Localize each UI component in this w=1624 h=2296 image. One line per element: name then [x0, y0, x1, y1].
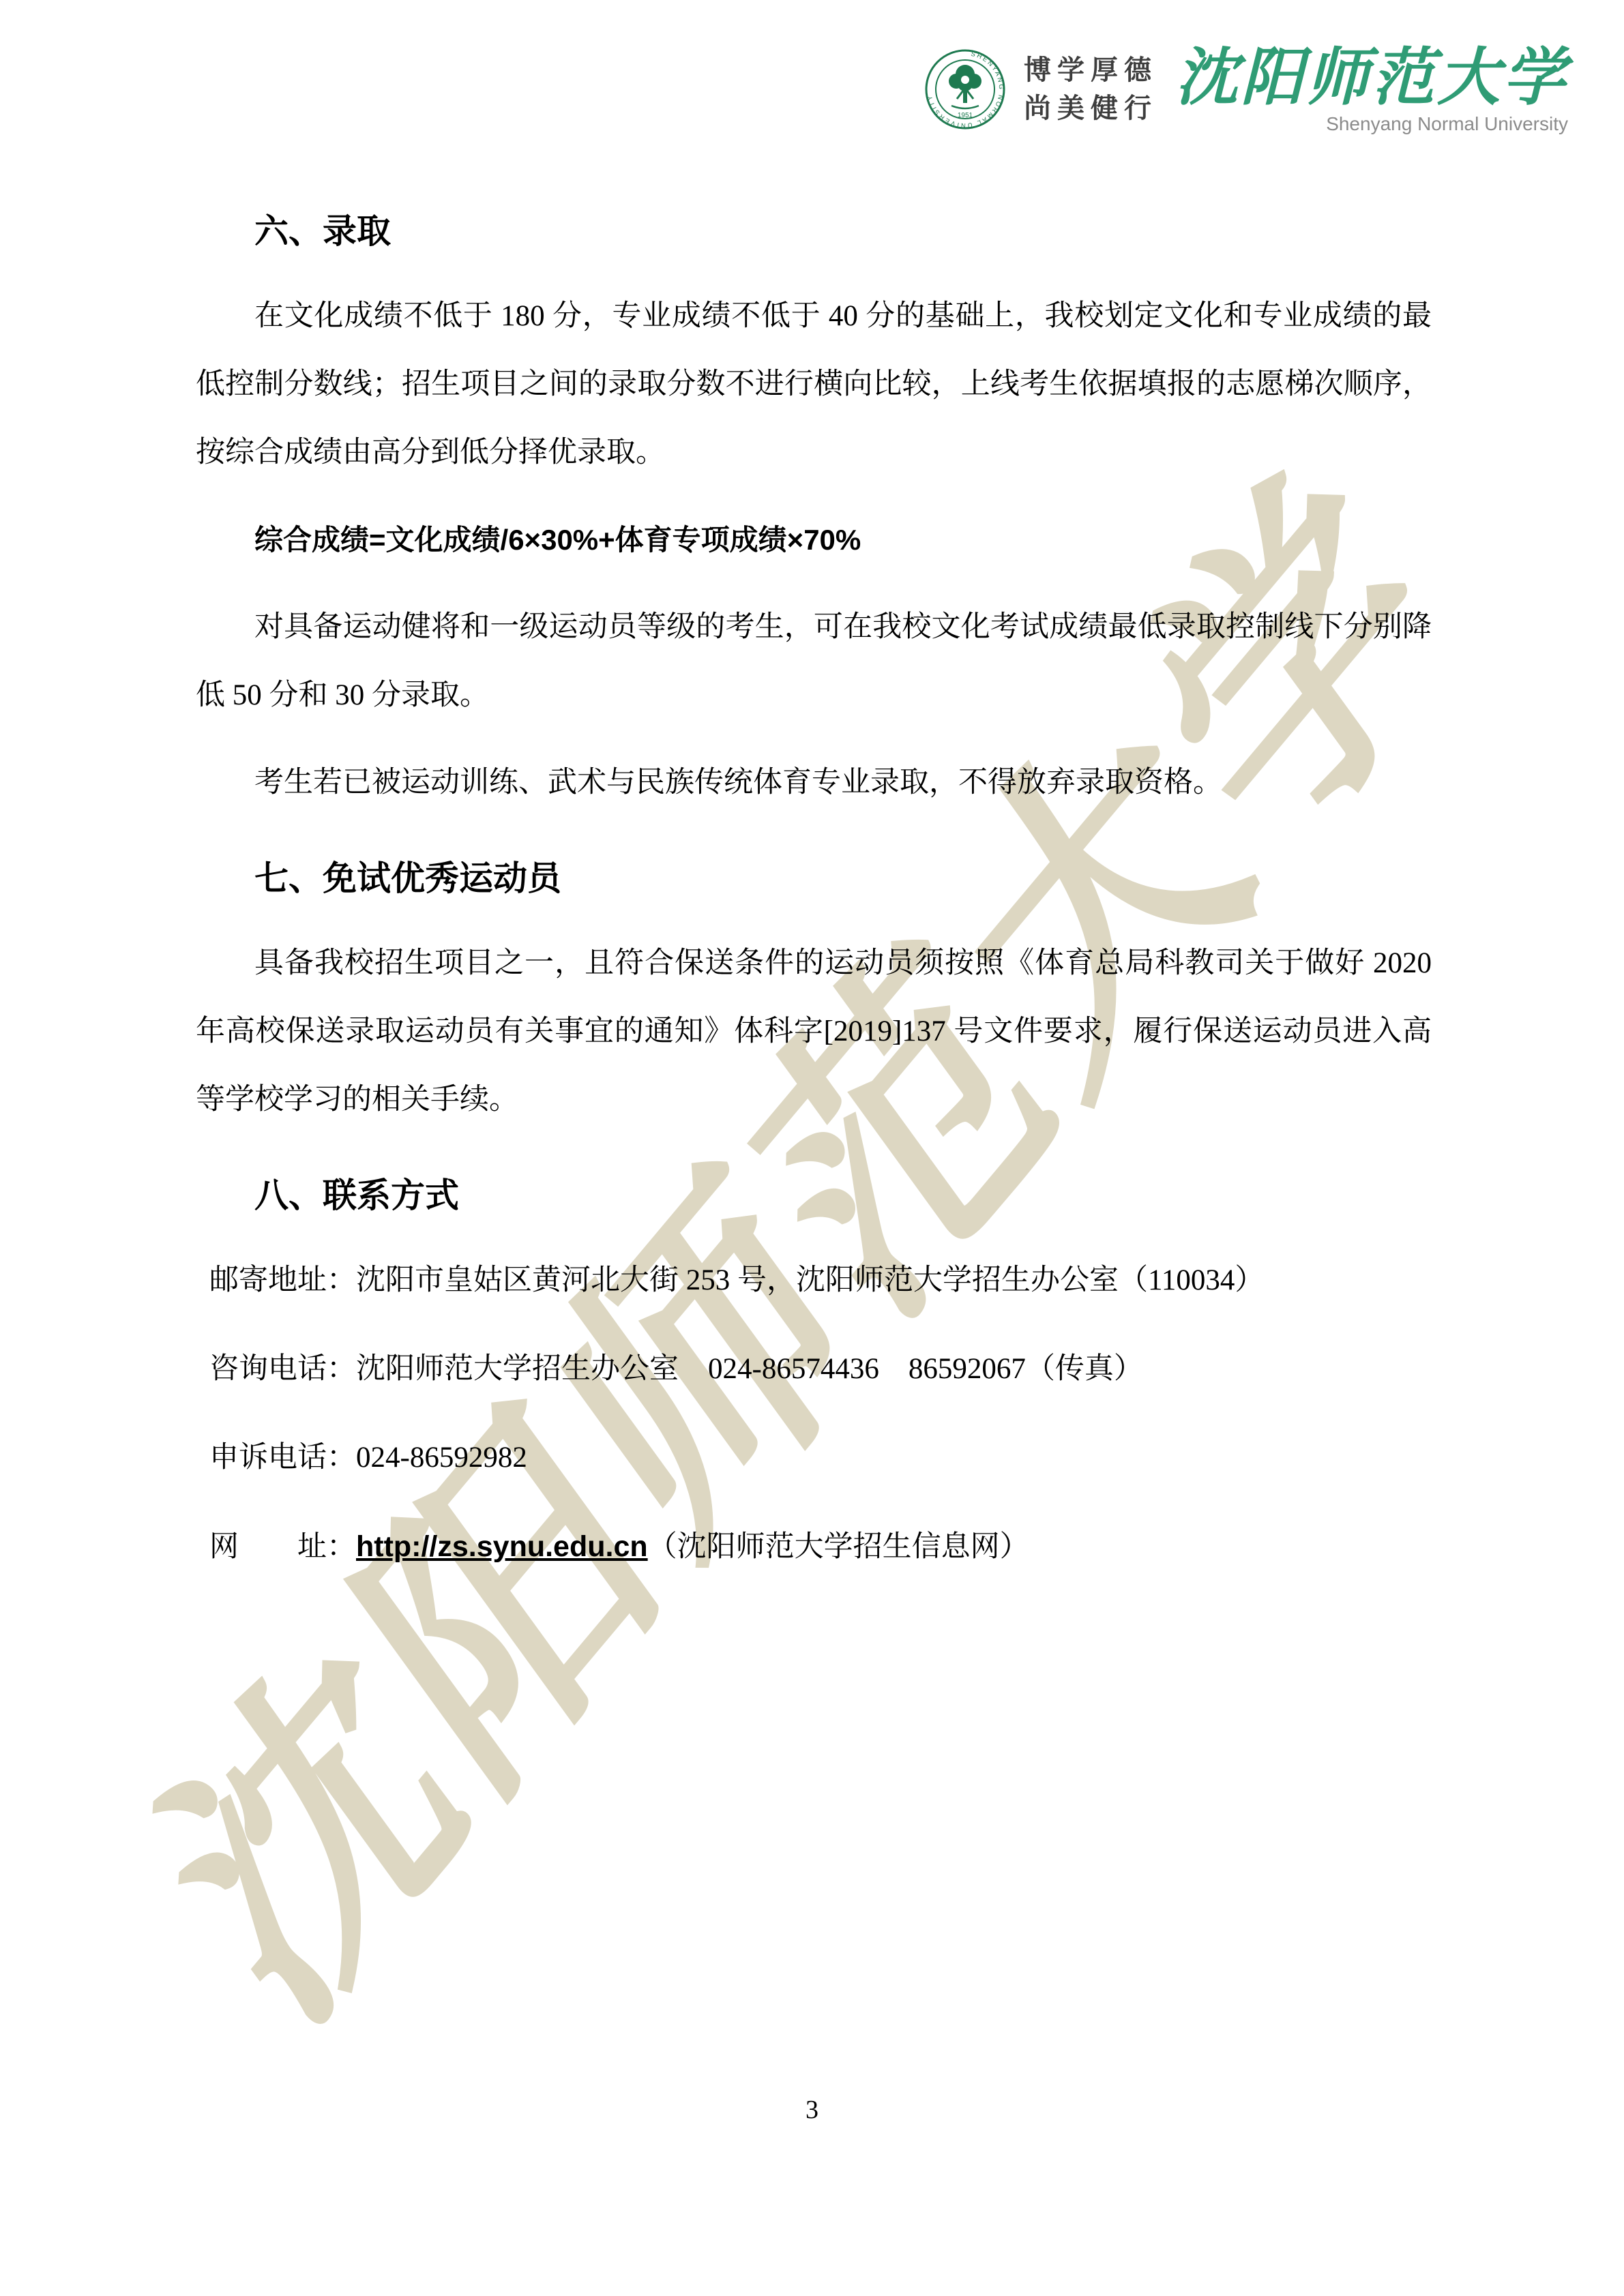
contact-website-label: 网 址：: [209, 1531, 356, 1563]
paragraph-admission-rules: 在文化成绩不低于 180 分，专业成绩不低于 40 分的基础上，我校划定文化和专…: [196, 282, 1432, 487]
paragraph-athlete-bonus: 对具备运动健将和一级运动员等级的考生，可在我校文化考试成绩最低录取控制线下分别降…: [196, 593, 1432, 730]
contact-address: 邮寄地址：沈阳市皇姑区黄河北大街 253 号，沈阳师范大学招生办公室（11003…: [209, 1247, 1432, 1315]
section-heading-exempt-athletes: 七、免试优秀运动员: [196, 854, 1432, 902]
paragraph-no-waiver: 考生若已被运动训练、武术与民族传统体育专业录取，不得放弃录取资格。: [196, 749, 1432, 817]
contact-website: 网 址：http://zs.synu.edu.cn（沈阳师范大学招生信息网）: [209, 1512, 1432, 1581]
svg-text:1951: 1951: [958, 112, 973, 119]
header: SHENYANG NORMAL UNIVERSITY 1951 博学厚德 尚美健…: [924, 44, 1568, 135]
contact-address-value: 沈阳市皇姑区黄河北大街 253 号，沈阳师范大学招生办公室（110034）: [356, 1264, 1264, 1296]
seal-icon: SHENYANG NORMAL UNIVERSITY 1951: [924, 48, 1006, 130]
university-name-chinese: 沈阳师范大学: [1175, 44, 1568, 112]
motto-line-1: 博学厚德: [1024, 51, 1157, 89]
contact-appeal-phone: 申诉电话：024-86592982: [209, 1424, 1432, 1492]
section-heading-admission: 六、录取: [196, 207, 1432, 255]
website-link[interactable]: http://zs.synu.edu.cn: [356, 1530, 648, 1563]
contact-phone: 咨询电话：沈阳师范大学招生办公室 024-86574436 86592067（传…: [209, 1335, 1432, 1403]
paragraph-exempt-athletes: 具备我校招生项目之一，且符合保送条件的运动员须按照《体育总局科教司关于做好 20…: [196, 929, 1432, 1134]
contact-phone-value: 沈阳师范大学招生办公室 024-86574436 86592067（传真）: [356, 1353, 1143, 1385]
section-heading-contact: 八、联系方式: [196, 1172, 1432, 1219]
contact-appeal-label: 申诉电话：: [209, 1442, 356, 1474]
contact-website-note: （沈阳师范大学招生信息网）: [648, 1531, 1029, 1563]
page-footer: 3: [0, 2095, 1624, 2125]
university-seal-logo: SHENYANG NORMAL UNIVERSITY 1951: [924, 48, 1006, 130]
contact-appeal-value: 024-86592982: [356, 1442, 527, 1474]
university-name-english: Shenyang Normal University: [1326, 113, 1568, 135]
page-number: 3: [806, 2096, 818, 2124]
university-title-block: 沈阳师范大学 Shenyang Normal University: [1175, 44, 1568, 135]
contact-address-label: 邮寄地址：: [209, 1264, 356, 1296]
composite-score-formula: 综合成绩=文化成绩/6×30%+体育专项成绩×70%: [196, 506, 1432, 574]
motto-line-2: 尚美健行: [1024, 89, 1157, 128]
contact-phone-label: 咨询电话：: [209, 1353, 356, 1385]
document-body: 六、录取 在文化成绩不低于 180 分，专业成绩不低于 40 分的基础上，我校划…: [196, 199, 1432, 1602]
university-motto: 博学厚德 尚美健行: [1024, 51, 1157, 128]
document-page: 沈阳师范大学 SHENYANG NORMAL UNIVERSITY: [0, 0, 1624, 2296]
